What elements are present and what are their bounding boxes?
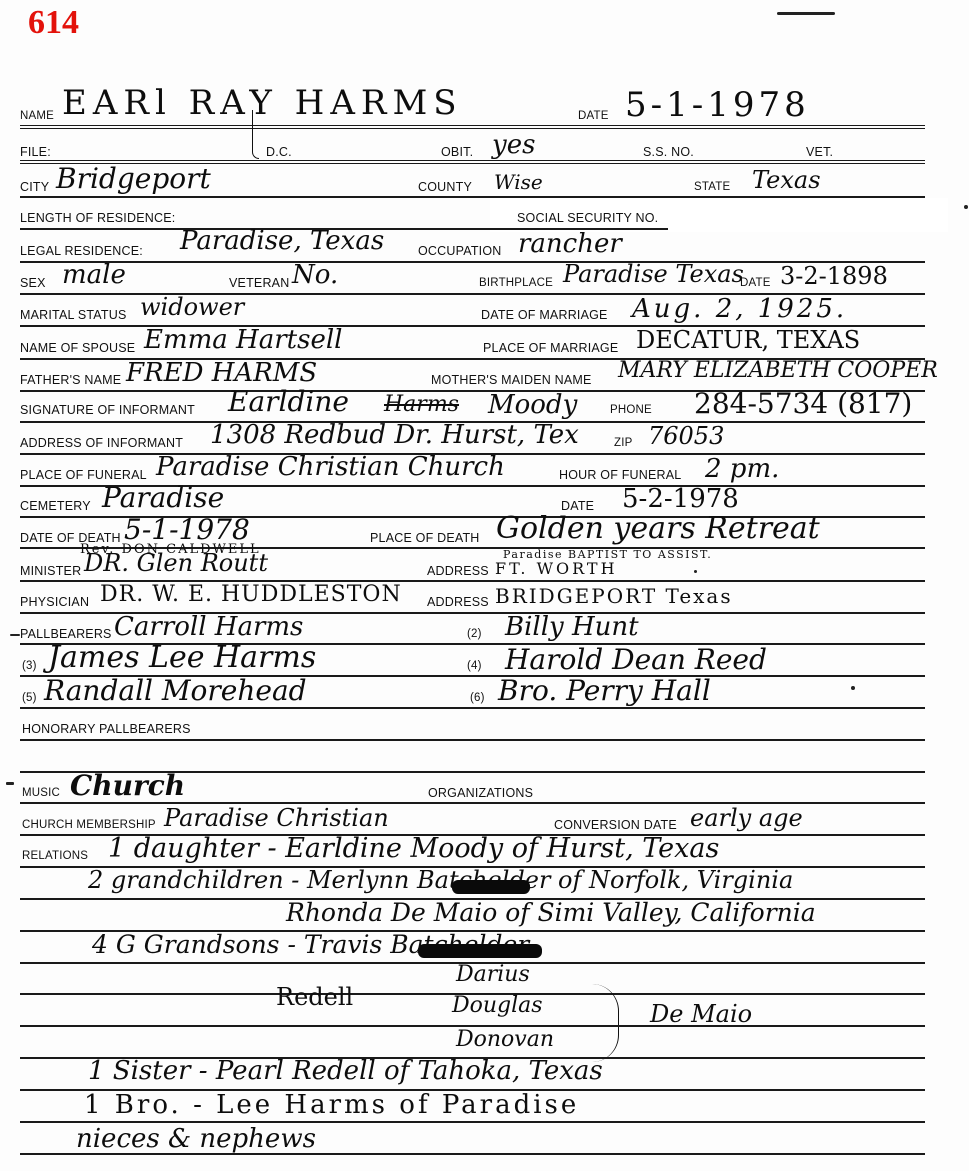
label-length-of-residence: LENGTH OF RESIDENCE: — [20, 212, 175, 225]
label-pallbearer-6: (6) — [470, 693, 485, 705]
label-signature-of-informant: SIGNATURE OF INFORMANT — [20, 404, 195, 417]
value-obit: yes — [492, 132, 535, 158]
label-legal-residence: LEGAL RESIDENCE: — [20, 245, 143, 258]
value-relation-sister: 1 Sister - Pearl Redell of Tahoka, Texas — [88, 1058, 603, 1084]
value-music: Church — [70, 772, 185, 800]
value-zip: 76053 — [648, 424, 724, 448]
value-pallbearer-3: James Lee Harms — [48, 643, 316, 673]
label-ss-no: S.S. NO. — [643, 146, 694, 159]
label-date-of-marriage: DATE OF MARRIAGE — [481, 309, 608, 322]
label-physician: PHYSICIAN — [20, 596, 89, 609]
value-date: 5-1-1978 — [625, 88, 810, 122]
redaction-bar-1 — [452, 880, 530, 894]
rule-relations-10 — [20, 1153, 925, 1155]
value-signature-first: Earldine — [228, 388, 349, 416]
label-name-of-spouse: NAME OF SPOUSE — [20, 342, 135, 355]
value-grandson-darius: Darius — [456, 964, 530, 986]
label-veteran: VETERAN — [229, 277, 289, 290]
label-conversion-date: CONVERSION DATE — [554, 819, 677, 832]
label-minister: MINISTER — [20, 565, 81, 578]
value-address-of-informant: 1308 Redbud Dr. Hurst, Tex — [210, 422, 579, 448]
label-city: CITY — [20, 181, 49, 194]
scan-speck — [851, 686, 855, 690]
scan-speck — [964, 205, 968, 209]
label-name: NAME — [20, 111, 54, 123]
rule-file — [20, 160, 925, 161]
label-hour-of-funeral: HOUR OF FUNERAL — [559, 469, 681, 482]
label-state: STATE — [694, 182, 730, 194]
label-pallbearer-2: (2) — [467, 629, 482, 641]
value-physician-address: BRIDGEPORT Texas — [495, 586, 733, 606]
label-minister-address: ADDRESS — [427, 565, 489, 578]
value-minister: DR. Glen Routt — [84, 551, 268, 575]
label-relations: RELATIONS — [22, 851, 88, 863]
value-phone: 284-5734 (817) — [694, 390, 912, 418]
value-legal-residence: Paradise, Texas — [180, 228, 384, 254]
value-conversion-date: early age — [690, 806, 803, 830]
value-date-of-marriage: Aug. 2, 1925. — [632, 296, 847, 322]
label-county: COUNTY — [418, 181, 472, 194]
top-pen-mark — [777, 12, 835, 15]
value-mothers-maiden-name: MARY ELIZABETH COOPER — [618, 360, 938, 382]
label-place-of-funeral: PLACE OF FUNERAL — [20, 469, 147, 482]
value-veteran: No. — [292, 262, 338, 288]
dc-bracket-stroke — [252, 110, 259, 159]
label-church-membership: CHURCH MEMBERSHIP — [22, 820, 156, 832]
value-birthplace: Paradise Texas — [563, 262, 744, 286]
label-mothers-maiden-name: MOTHER'S MAIDEN NAME — [431, 374, 592, 387]
value-signature-struck: Harms — [384, 394, 459, 416]
value-relation-3: Rhonda De Maio of Simi Valley, Californi… — [286, 900, 816, 925]
value-pallbearer-6: Bro. Perry Hall — [498, 677, 711, 705]
label-phone: PHONE — [610, 405, 652, 417]
value-birth-date: 3-2-1898 — [780, 264, 888, 288]
value-place-of-funeral: Paradise Christian Church — [156, 454, 505, 480]
value-name: EARl RAY HARMS — [62, 86, 463, 120]
value-county: Wise — [494, 172, 543, 192]
value-minister-address: FT. WORTH — [495, 561, 618, 577]
label-occupation: OCCUPATION — [418, 245, 501, 258]
value-funeral-date: 5-2-1978 — [622, 486, 739, 512]
value-relation-brother: 1 Bro. - Lee Harms of Paradise — [84, 1092, 579, 1118]
value-grandson-donovan: Donovan — [456, 1029, 554, 1051]
value-cemetery: Paradise — [102, 484, 224, 512]
value-hour-of-funeral: 2 pm. — [705, 456, 779, 482]
label-place-of-marriage: PLACE OF MARRIAGE — [483, 342, 618, 355]
value-pallbearer-4: Harold Dean Reed — [505, 646, 767, 674]
scan-speck — [6, 782, 14, 785]
value-fathers-name: FRED HARMS — [126, 360, 317, 386]
label-honorary-pallbearers: HONORARY PALLBEARERS — [22, 723, 191, 736]
value-pallbearer-1: Carroll Harms — [114, 614, 303, 640]
value-place-of-death: Golden years Retreat — [496, 514, 820, 544]
value-place-of-marriage: DECATUR, TEXAS — [636, 328, 860, 352]
label-zip: ZIP — [614, 438, 633, 450]
label-organizations: ORGANIZATIONS — [428, 787, 533, 800]
value-church-membership: Paradise Christian — [164, 806, 389, 830]
value-city: Bridgeport — [56, 165, 211, 193]
value-redell-note: Redell — [276, 985, 353, 1009]
label-birth-date: DATE — [740, 278, 771, 290]
label-file: FILE: — [20, 146, 51, 159]
value-marital-status: widower — [140, 295, 244, 319]
rule-name — [20, 125, 925, 126]
brace-grandsons — [592, 984, 619, 1062]
label-vet: VET. — [806, 146, 833, 159]
value-relation-nieces: nieces & nephews — [76, 1126, 316, 1152]
label-physician-address: ADDRESS — [427, 596, 489, 609]
value-pallbearer-5: Randall Morehead — [44, 677, 307, 705]
label-fathers-name: FATHER'S NAME — [20, 374, 121, 387]
label-pallbearer-3: (3) — [22, 661, 37, 673]
label-obit: OBIT. — [441, 146, 473, 159]
value-date-of-death: 5-1-1978 — [124, 516, 250, 544]
label-birthplace: BIRTHPLACE — [479, 278, 553, 290]
value-grandson-douglas: Douglas — [452, 995, 543, 1017]
rule-city — [20, 196, 925, 198]
label-sex: SEX — [20, 277, 46, 290]
value-sex: male — [62, 262, 126, 288]
rule-honorary-1 — [20, 739, 925, 741]
label-cemetery: CEMETERY — [20, 500, 91, 513]
value-relation-2: 2 grandchildren - Merlynn Batchelder of … — [88, 868, 793, 892]
scan-speck — [10, 634, 20, 636]
rule-pallbearers-3 — [20, 707, 925, 709]
record-number: 614 — [28, 4, 79, 42]
label-place-of-death: PLACE OF DEATH — [370, 532, 480, 545]
value-state: Texas — [752, 168, 821, 192]
value-name-of-spouse: Emma Hartsell — [144, 327, 342, 353]
value-pallbearer-2: Billy Hunt — [505, 614, 639, 640]
value-signature-last: Moody — [488, 392, 577, 418]
value-occupation: rancher — [518, 231, 622, 257]
value-physician: DR. W. E. HUDDLESTON — [100, 584, 402, 606]
value-grandsons-surname: De Maio — [650, 1002, 752, 1026]
label-marital-status: MARITAL STATUS — [20, 309, 127, 322]
label-music: MUSIC — [22, 788, 60, 800]
scan-speck — [694, 570, 697, 573]
label-pallbearer-5: (5) — [22, 693, 37, 705]
redaction-bar-2 — [418, 944, 542, 958]
label-pallbearer-4: (4) — [467, 661, 482, 673]
value-relation-1: 1 daughter - Earldine Moody of Hurst, Te… — [108, 835, 719, 862]
label-date: DATE — [578, 111, 609, 123]
rule-relations-9 — [20, 1121, 925, 1123]
label-address-of-informant: ADDRESS OF INFORMANT — [20, 437, 183, 450]
label-pallbearers: PALLBEARERS — [20, 628, 112, 641]
label-dc: D.C. — [266, 146, 292, 159]
label-social-security-no: SOCIAL SECURITY NO. — [517, 212, 658, 225]
